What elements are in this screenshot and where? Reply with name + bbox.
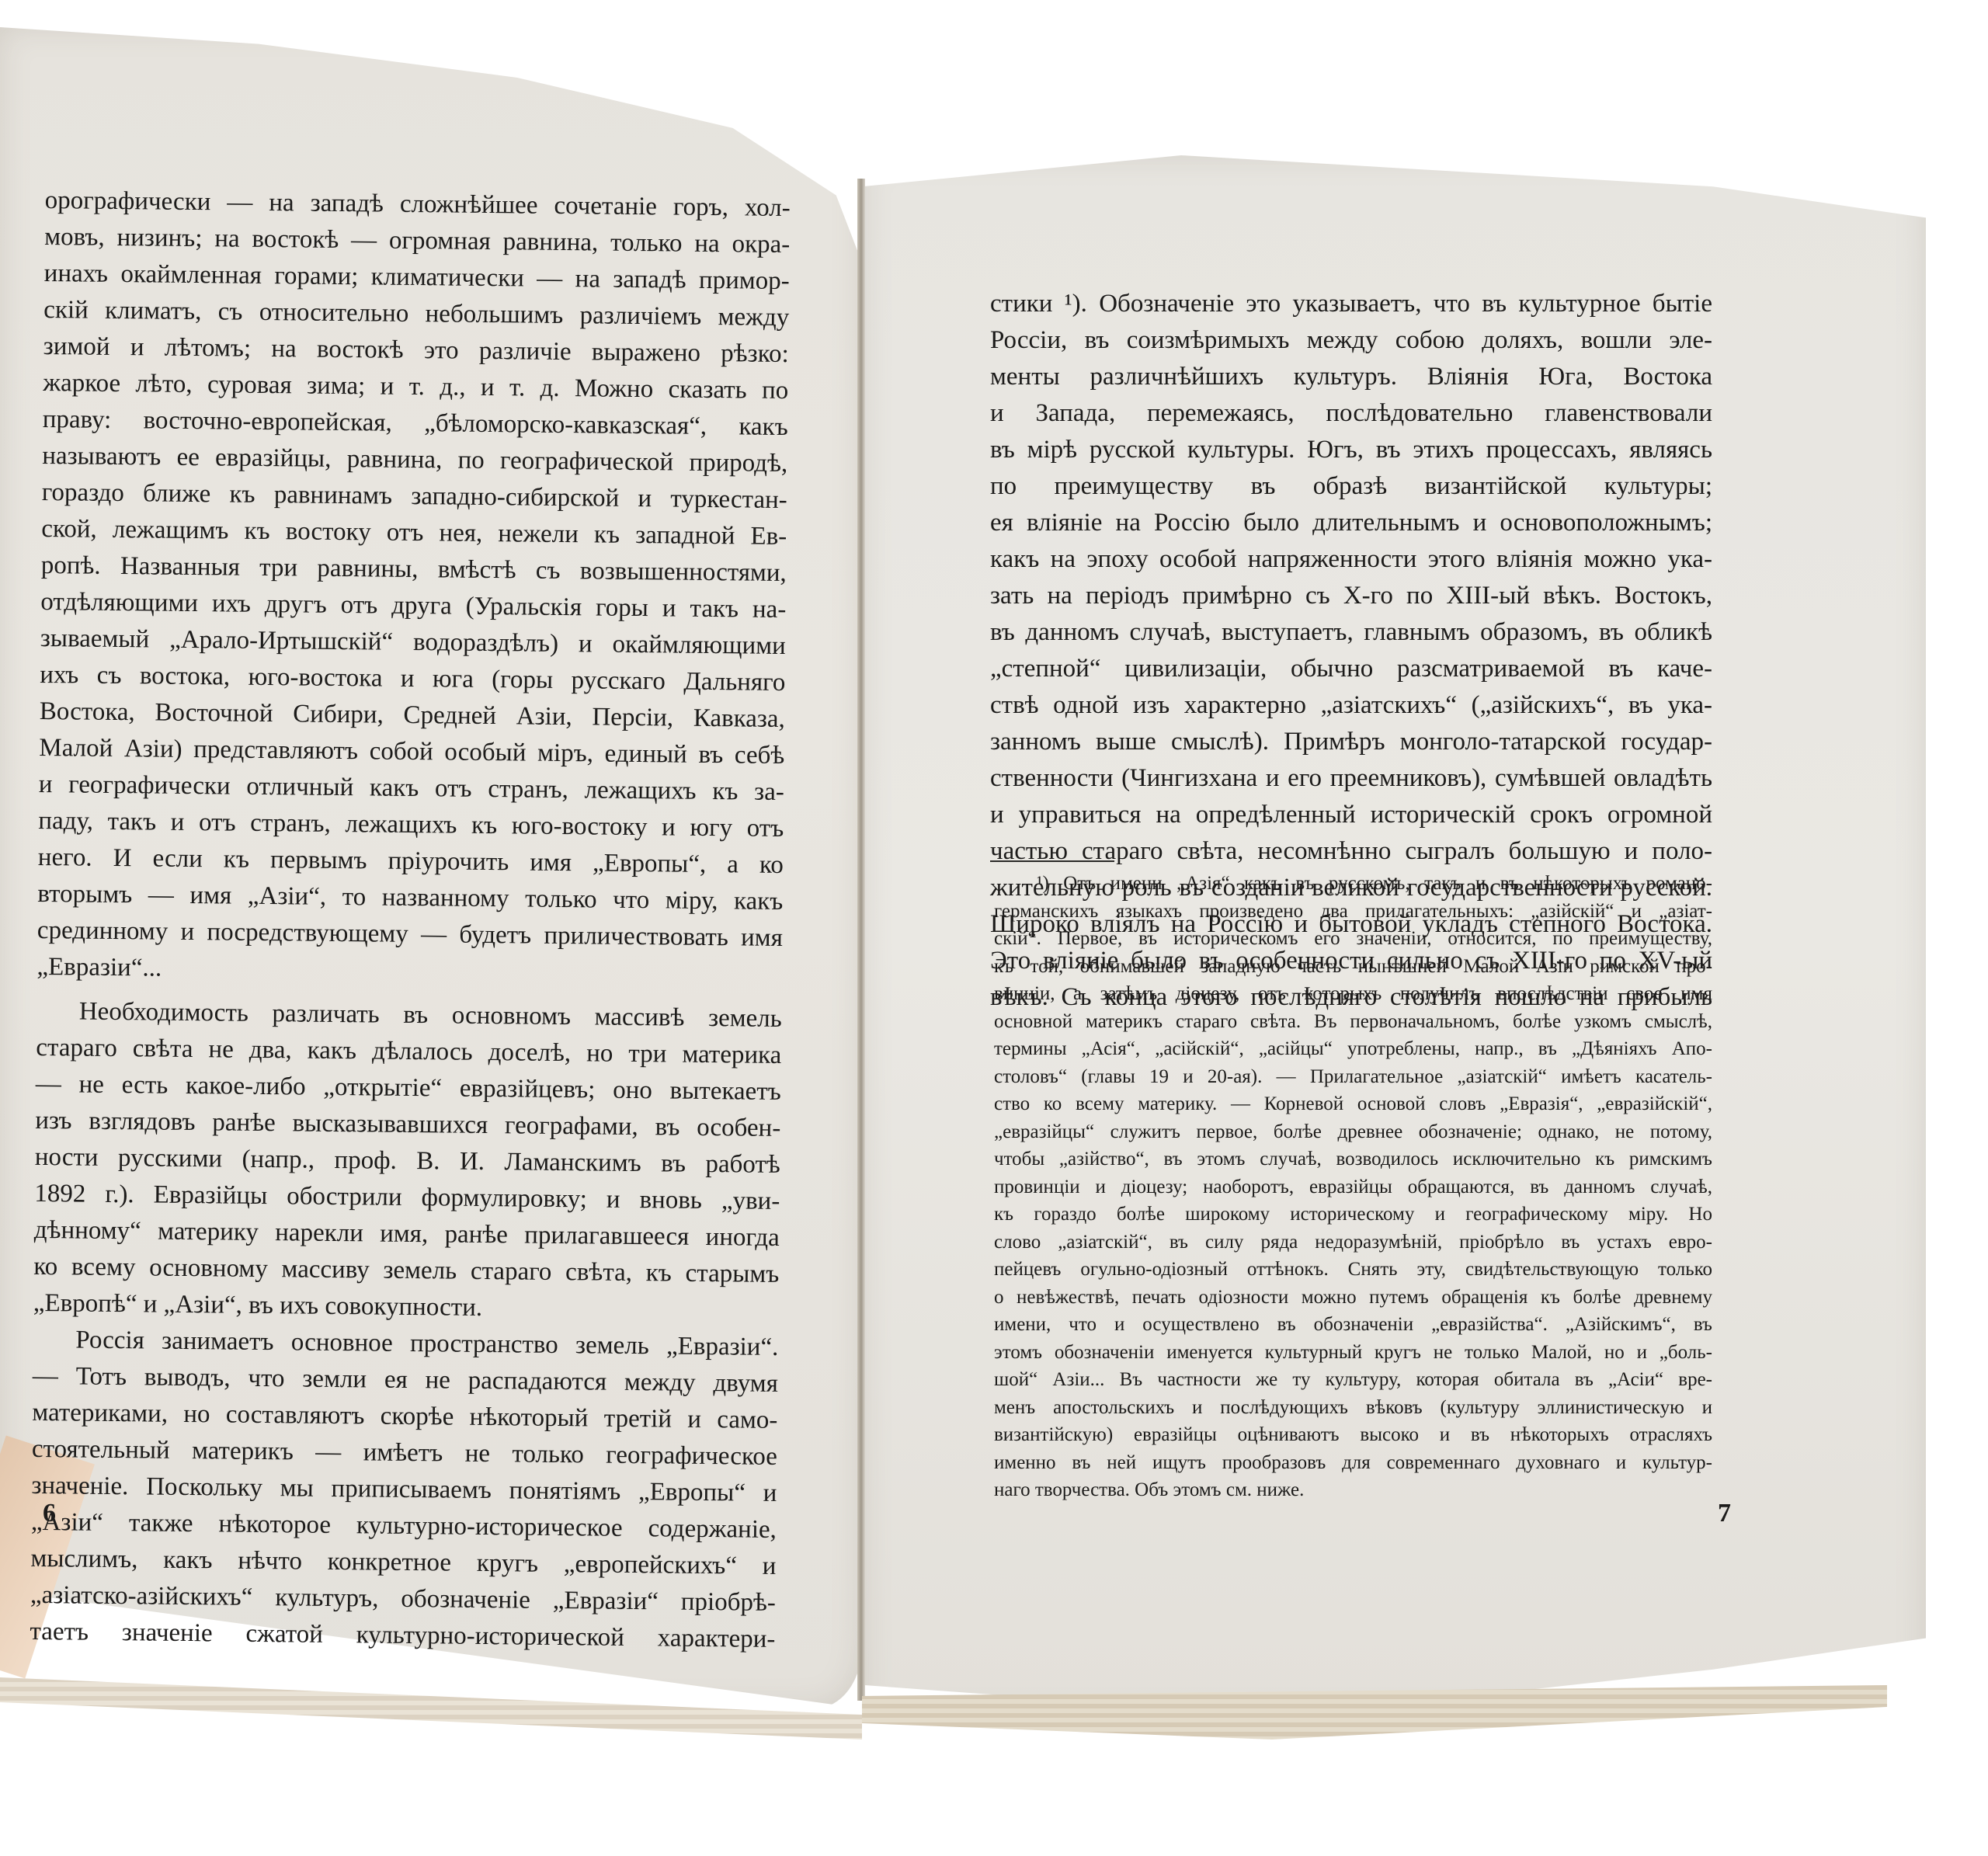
footnote-line: ство ко всему материку. — Корневой основ… [994, 1090, 1712, 1118]
text-line: Россіи, въ соизмѣримыхъ между собою доля… [990, 322, 1712, 359]
footnote-line: „евразійцы“ служитъ первое, болѣе древне… [994, 1118, 1712, 1146]
footnote-line: термины „Асія“, „асійскій“, „асійцы“ упо… [994, 1035, 1712, 1063]
text-line: и Запада, перемежаясь, послѣдовательно г… [990, 395, 1712, 432]
text-line: въ данномъ случаѣ, выступаетъ, главнымъ … [990, 614, 1712, 651]
book-spine [857, 179, 865, 1701]
text-line: зать на періодъ примѣрно съ X-го по XIII… [990, 578, 1712, 614]
text-line: и управиться на опредѣленный историческі… [990, 797, 1712, 833]
footnote-line: о невѣжествѣ, печать одіозности можно пу… [994, 1284, 1712, 1312]
text-line: „степной“ цивилизаціи, обычно разсматрив… [990, 651, 1712, 687]
footnote: ¹) Отъ имени „Азія“ какъ въ русскомъ, та… [994, 870, 1712, 1504]
footnote-line: провинціи и діоцезу; наоборотъ, евразійц… [994, 1173, 1712, 1201]
footnote-line: къ гораздо болѣе широкому историческому … [994, 1201, 1712, 1229]
footnote-line: имени, что и осуществлено въ обозначеніи… [994, 1311, 1712, 1339]
footnote-line: менъ апостольскихъ и послѣдующихъ вѣковъ… [994, 1394, 1712, 1422]
left-page-body: орографически — на западѣ сложнѣйшее соч… [30, 182, 791, 1658]
footnote-line: ¹) Отъ имени „Азія“ какъ въ русскомъ, та… [994, 870, 1712, 898]
footnote-line: столовъ“ (главы 19 и 20-ая). — Прилагате… [994, 1063, 1712, 1091]
text-line: ственности (Чингизхана и его преемниковъ… [990, 760, 1712, 797]
footnote-line: наго творчества. Объ этомъ см. ниже. [994, 1476, 1712, 1504]
page-number-left: 6 [43, 1499, 56, 1528]
footnote-line: винціи, а затѣмъ діоцезу, отъ которыхъ п… [994, 980, 1712, 1008]
footnote-line: пейцевъ огульно-одіозный оттѣнокъ. Снять… [994, 1256, 1712, 1284]
footnote-line: германскихъ языкахъ произведено два прил… [994, 898, 1712, 926]
footnote-line: основной материкъ стараго свѣта. Въ перв… [994, 1008, 1712, 1036]
text-line: стики ¹). Обозначеніе это указываетъ, чт… [990, 286, 1712, 322]
text-line: ствѣ одной изъ характерно „азіатскихъ“ (… [990, 687, 1712, 724]
footnote-line: къ той, обнимавшей западную часть нынѣшн… [994, 953, 1712, 981]
footnote-line: византійскую) евразійцы оцѣниваютъ высок… [994, 1421, 1712, 1449]
footnote-line: именно въ ней ищутъ прообразовъ для совр… [994, 1449, 1712, 1477]
text-line: по преимуществу въ образѣ византійской к… [990, 468, 1712, 505]
footnote-line: чтобы „азійство“, въ этомъ случаѣ, возво… [994, 1145, 1712, 1173]
text-line: таетъ значеніе сжатой культурно-историче… [30, 1614, 775, 1658]
footnote-line: шой“ Азіи... Въ частности же ту культуру… [994, 1366, 1712, 1394]
text-line: ея вліяніе на Россію было длительнымъ и … [990, 505, 1712, 541]
footnote-line: этомъ обозначеніи именуется культурный к… [994, 1339, 1712, 1367]
footnote-line: слово „азіатскій“, въ силу ряда недоразу… [994, 1229, 1712, 1256]
text-line: въ мірѣ русской культуры. Югъ, въ этихъ … [990, 432, 1712, 468]
text-line: какъ на эпоху особой напряженности этого… [990, 541, 1712, 578]
text-line: менты различнѣйшихъ культуръ. Вліянія Юг… [990, 359, 1712, 395]
text-line: частью стараго свѣта, несомнѣнно сыгралъ… [990, 833, 1712, 870]
text-line: занномъ выше смыслѣ). Примѣръ монголо-та… [990, 724, 1712, 760]
footnote-separator [990, 860, 1114, 862]
page-number-right: 7 [1718, 1499, 1731, 1528]
footnote-line: скій“. Первое, въ историческомъ его знач… [994, 925, 1712, 953]
